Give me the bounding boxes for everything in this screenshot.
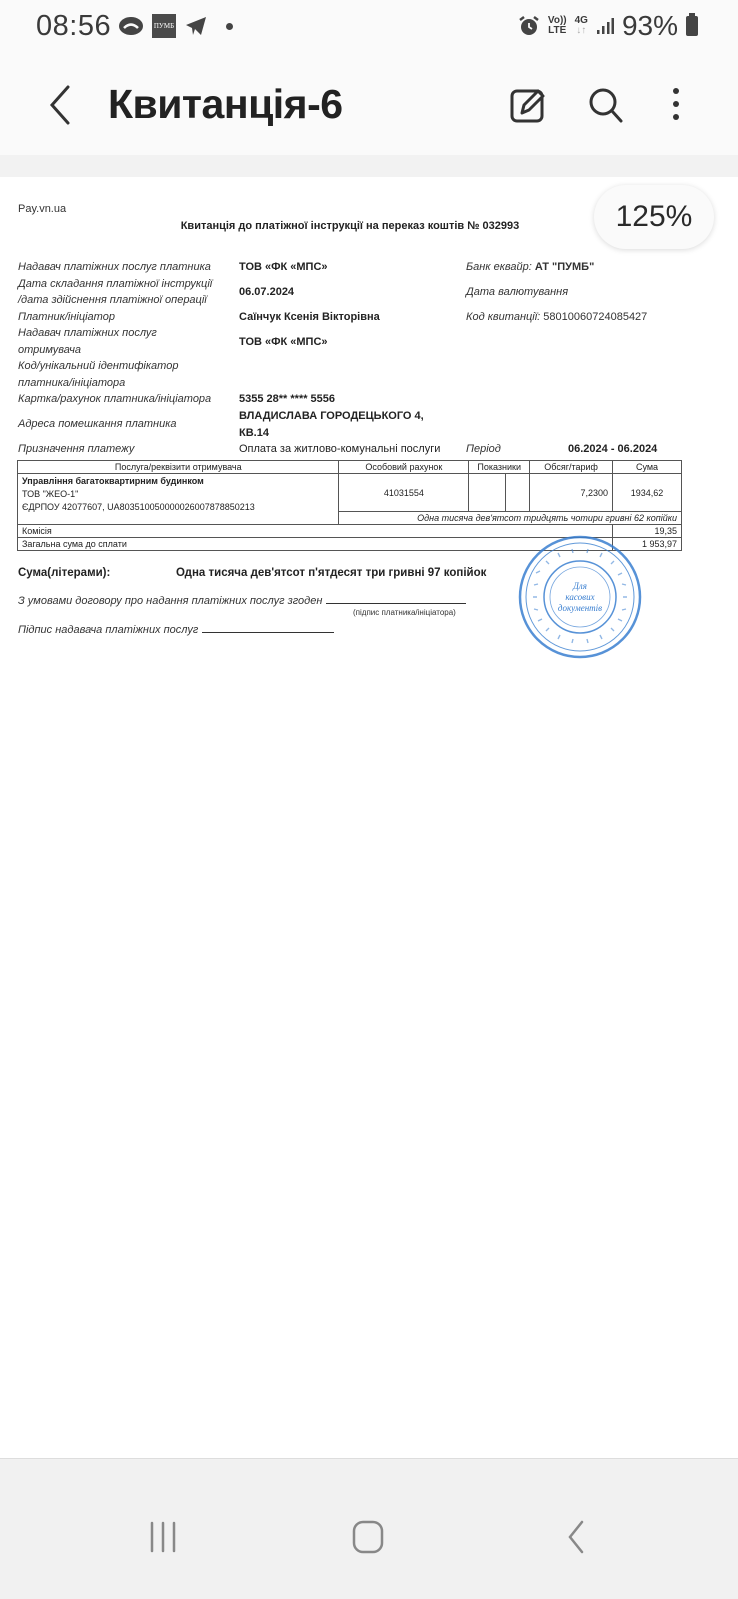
more-dot-icon xyxy=(226,23,233,30)
amount-words-cell: Одна тисяча дев'ятсот тридцять чотири гр… xyxy=(339,512,682,525)
edit-icon xyxy=(506,83,550,127)
amount-cell: 1934,62 xyxy=(613,474,682,512)
service-name: Управління багатоквартирним будинком xyxy=(22,475,334,488)
receipt-code-label: Код квитанції: xyxy=(466,311,540,323)
payer-label: Платник/ініціатор xyxy=(18,309,115,326)
value-date-label: Дата валютування xyxy=(466,284,568,301)
system-icons: Vo))LTE 4G↓↑ 93% xyxy=(518,10,698,42)
status-bar: 08:56 ПУМБ Vo))LTE 4G↓↑ 93% xyxy=(0,0,738,55)
alarm-icon xyxy=(518,15,540,37)
col-header-amount: Сума xyxy=(613,461,682,474)
status-time: 08:56 xyxy=(36,10,111,43)
nav-back-icon xyxy=(556,1517,596,1557)
payer-id-label-1: Код/унікальний ідентифікатор xyxy=(18,358,178,375)
recipient-psp-value: ТОВ «ФК «МПС» xyxy=(239,334,328,351)
notification-icons: ПУМБ xyxy=(118,14,233,38)
agreement-text: З умовами договору про надання платіжних… xyxy=(18,595,322,607)
date-value: 06.07.2024 xyxy=(239,284,294,301)
period-label: Період xyxy=(466,441,501,458)
volte-indicator: Vo))LTE xyxy=(548,16,567,36)
account-cell: 41031554 xyxy=(339,474,469,512)
telegram-icon xyxy=(184,15,208,37)
svg-text:касових: касових xyxy=(565,592,594,602)
messenger-icon xyxy=(118,15,144,37)
app-bar: Квитанція-6 xyxy=(0,55,738,155)
battery-icon xyxy=(686,16,698,36)
table-row: Управління багатоквартирним будинком ТОВ… xyxy=(18,474,682,512)
recipient-psp-label-1: Надавач платіжних послуг xyxy=(18,325,157,342)
document-site: Pay.vn.ua xyxy=(18,203,66,215)
payer-id-label-2: платника/ініціатора xyxy=(18,375,125,392)
recent-apps-button[interactable] xyxy=(133,1507,193,1567)
chevron-left-icon xyxy=(44,83,76,127)
battery-percent: 93% xyxy=(622,10,678,42)
col-header-tariff: Обсяг/тариф xyxy=(530,461,613,474)
home-icon xyxy=(348,1517,388,1557)
svg-text:документів: документів xyxy=(558,603,602,613)
nav-back-button[interactable] xyxy=(546,1507,606,1567)
search-icon xyxy=(584,83,628,127)
receipt-code: Код квитанції: 58010060724085427 xyxy=(466,309,647,326)
recent-apps-icon xyxy=(143,1517,183,1557)
signature-caption: (підпис платника/ініціатора) xyxy=(353,608,456,617)
edit-button[interactable] xyxy=(506,83,550,127)
service-cell: Управління багатоквартирним будинком ТОВ… xyxy=(18,474,339,525)
pumb-app-icon: ПУМБ xyxy=(152,14,176,38)
home-button[interactable] xyxy=(338,1507,398,1567)
date-label-1: Дата складання платіжної інструкції xyxy=(18,276,212,293)
acquirer: Банк еквайр: АТ "ПУМБ" xyxy=(466,259,594,276)
sum-words-label: Сума(літерами): xyxy=(18,567,110,579)
address-value-line-1: ВЛАДИСЛАВА ГОРОДЕЦЬКОГО 4, xyxy=(239,408,424,425)
date-label-2: /дата здійснення платіжної операції xyxy=(18,292,207,309)
table-header-row: Послуга/реквізити отримувача Особовий ра… xyxy=(18,461,682,474)
provider-signature-line: Підпис надавача платіжних послуг xyxy=(18,623,334,636)
back-button[interactable] xyxy=(44,83,76,127)
tariff-cell: 7,2300 xyxy=(530,474,613,512)
network-type-indicator: 4G↓↑ xyxy=(575,16,588,36)
purpose-value: Оплата за житлово-комунальні послуги xyxy=(239,441,440,458)
card-label: Картка/рахунок платника/ініціатора xyxy=(18,391,211,408)
card-value: 5355 28** **** 5556 xyxy=(239,391,335,408)
signal-icon xyxy=(596,17,614,35)
payer-value: Саїнчук Ксенія Вікторівна xyxy=(239,309,380,326)
more-vert-icon xyxy=(654,83,698,127)
page-title: Квитанція-6 xyxy=(108,81,343,128)
recipient-requisites: ЄДРПОУ 42077607, UA803510050000026007878… xyxy=(22,501,334,514)
svg-text:Для: Для xyxy=(572,581,587,591)
system-nav-bar xyxy=(0,1458,738,1599)
acquirer-value: АТ "ПУМБ" xyxy=(535,261,594,273)
recipient-name: ТОВ "ЖЕО-1" xyxy=(22,488,334,501)
recipient-psp-label-2: отримувача xyxy=(18,342,81,359)
purpose-label: Призначення платежу xyxy=(18,441,134,458)
more-options-button[interactable] xyxy=(654,83,698,127)
acquirer-label: Банк еквайр: xyxy=(466,261,532,273)
col-header-account: Особовий рахунок xyxy=(339,461,469,474)
col-header-readings: Показники xyxy=(469,461,530,474)
address-label: Адреса помешкання платника xyxy=(18,416,177,433)
receipt-code-value: 58010060724085427 xyxy=(543,311,647,323)
col-header-service: Послуга/реквізити отримувача xyxy=(18,461,339,474)
provider-signature-text: Підпис надавача платіжних послуг xyxy=(18,624,198,636)
reading-cell-1 xyxy=(469,474,506,512)
period-value: 06.2024 - 06.2024 xyxy=(568,441,657,458)
reading-cell-2 xyxy=(506,474,530,512)
search-button[interactable] xyxy=(584,83,628,127)
address-value-line-2: КВ.14 xyxy=(239,425,269,442)
payer-signature-line xyxy=(326,594,466,604)
sum-words-value: Одна тисяча дев'ятсот п'ятдесят три грив… xyxy=(176,567,486,579)
company-stamp-icon: Для касових документів xyxy=(516,533,644,661)
payer-psp-label: Надавач платіжних послуг платника xyxy=(18,259,211,276)
provider-signature-blank xyxy=(202,623,334,633)
agreement-line: З умовами договору про надання платіжних… xyxy=(18,594,466,607)
toolbar-divider xyxy=(0,155,738,177)
payer-psp-value: ТОВ «ФК «МПС» xyxy=(239,259,328,276)
zoom-level-indicator: 125% xyxy=(594,185,714,249)
